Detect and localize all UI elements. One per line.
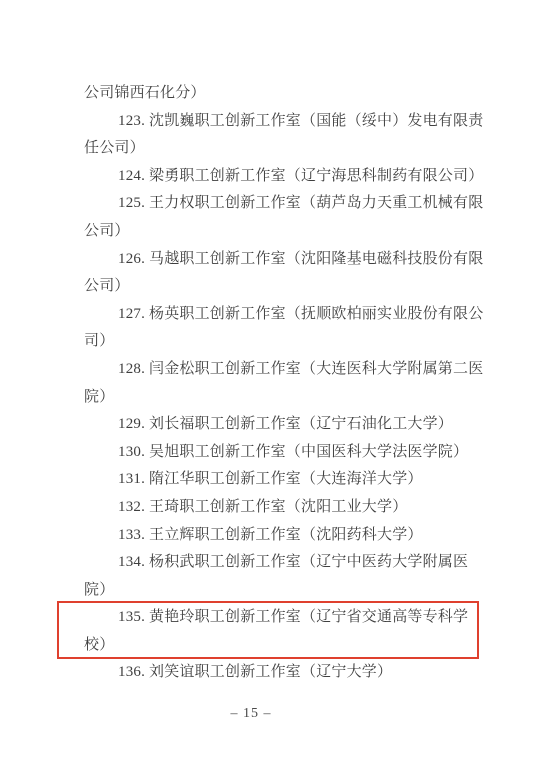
- list-item-continuation-line: 司）: [84, 328, 488, 356]
- list-item-line: 127. 杨英职工创新工作室（抚顺欧柏丽实业股份有限公: [84, 301, 488, 329]
- list-item-line: 126. 马越职工创新工作室（沈阳隆基电磁科技股份有限: [84, 246, 488, 274]
- list-item-continuation-line: 任公司）: [84, 135, 488, 163]
- list-item-line: 125. 王力权职工创新工作室（葫芦岛力天重工机械有限: [84, 190, 488, 218]
- list-item-continuation-line: 公司）: [84, 218, 488, 246]
- workshop-list: 公司锦西石化分）123. 沈凯巍职工创新工作室（国能（绥中）发电有限责任公司）1…: [84, 80, 488, 687]
- list-item-line: 123. 沈凯巍职工创新工作室（国能（绥中）发电有限责: [84, 108, 488, 136]
- list-item-line: 131. 隋江华职工创新工作室（大连海洋大学）: [84, 466, 488, 494]
- list-item-line: 128. 闫金松职工创新工作室（大连医科大学附属第二医: [84, 356, 488, 384]
- list-item-line: 134. 杨积武职工创新工作室（辽宁中医药大学附属医: [84, 549, 488, 577]
- list-item-line: 132. 王琦职工创新工作室（沈阳工业大学）: [84, 494, 488, 522]
- page-number: – 15 –: [0, 706, 502, 722]
- list-item-line: 133. 王立辉职工创新工作室（沈阳药科大学）: [84, 522, 488, 550]
- list-item-line: 129. 刘长福职工创新工作室（辽宁石油化工大学）: [84, 411, 488, 439]
- list-item-continuation-line: 院）: [84, 384, 488, 412]
- list-item-line: 136. 刘笑谊职工创新工作室（辽宁大学）: [84, 659, 488, 687]
- list-item-line: 135. 黄艳玲职工创新工作室（辽宁省交通高等专科学: [84, 604, 488, 632]
- list-item-continuation-line: 院）: [84, 577, 488, 605]
- list-item-continuation-line: 校）: [84, 632, 488, 660]
- list-item-continuation-line: 公司锦西石化分）: [84, 80, 488, 108]
- list-item-continuation-line: 公司）: [84, 273, 488, 301]
- document-page: 公司锦西石化分）123. 沈凯巍职工创新工作室（国能（绥中）发电有限责任公司）1…: [0, 0, 542, 768]
- list-item-line: 130. 吴旭职工创新工作室（中国医科大学法医学院）: [84, 439, 488, 467]
- list-item-line: 124. 梁勇职工创新工作室（辽宁海思科制药有限公司）: [84, 163, 488, 191]
